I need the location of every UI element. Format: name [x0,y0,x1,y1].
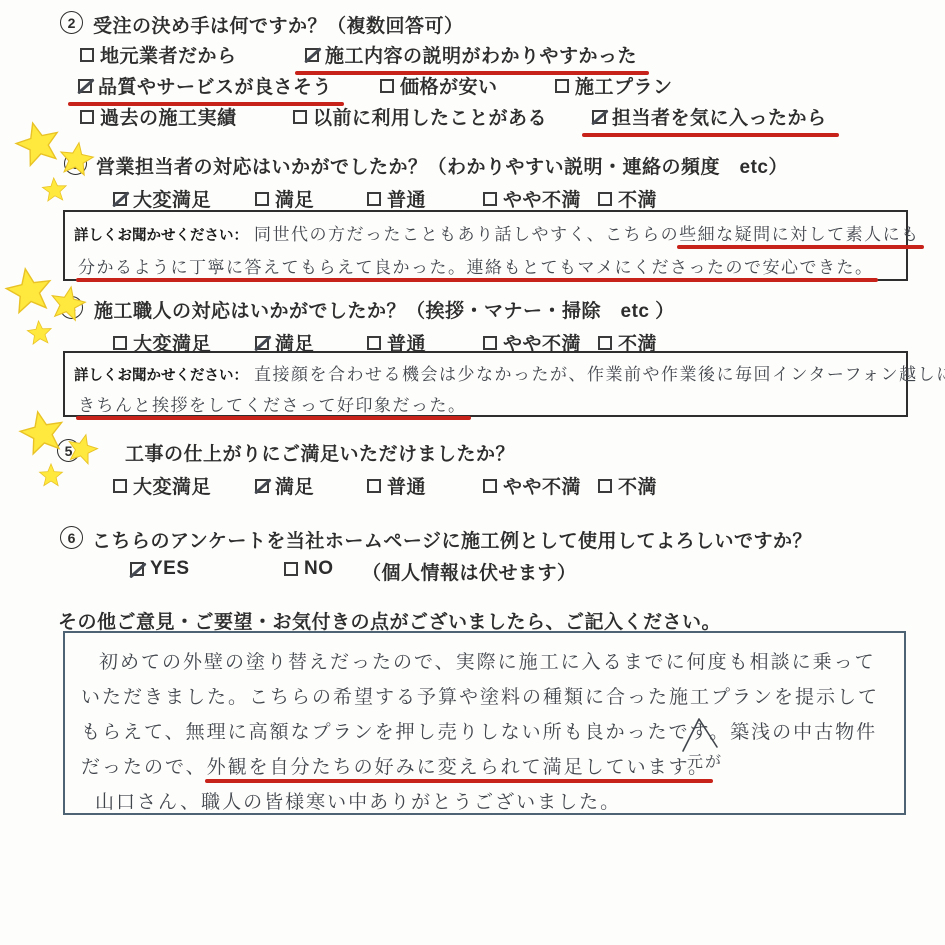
option-label: 大変満足 [133,329,211,356]
option-label: 普通 [387,472,426,499]
checkbox-icon[interactable] [367,336,381,350]
q4-option-very-satisfied[interactable]: 大変満足 [113,329,211,356]
other-comments-header: その他ご意見・ご要望・お気付きの点がございましたら、ご記入ください。 [58,607,721,634]
checkbox-option-construction-plan[interactable]: 施工プラン [555,72,673,99]
checkbox-icon[interactable] [483,192,497,206]
question-number-circle: 6 [60,526,83,549]
handwritten-comment: 同世代の方だったこともあり話しやすく、こちらの [254,225,679,244]
option-label: やや不満 [503,472,581,499]
question-number-circle: 2 [60,11,83,34]
option-label: 施工プラン [575,72,673,99]
option-label: 大変満足 [133,185,211,212]
q3-option-satisfied[interactable]: 満足 [255,185,314,212]
q6-option-no[interactable]: NO [284,558,334,580]
checkbox-option-cheap-price[interactable]: 価格が安い [380,72,498,99]
star-icon [46,281,91,326]
star-icon [25,318,54,347]
option-label: やや不満 [503,329,581,356]
handwritten-line-underlined: 外観を自分たちの好みに変えられて満足しています。 [207,757,709,778]
q6-option-yes[interactable]: YES [130,558,190,580]
handwritten-comment-underlined: 些細な疑問に対して素人にも [679,225,920,244]
checkbox-icon[interactable] [113,336,127,350]
q3-detail-comment-box[interactable]: 詳しくお聞かせください：同世代の方だったこともあり話しやすく、こちらの些細な疑問… [63,210,908,281]
star-icon [38,462,64,488]
checkbox-option-local-company[interactable]: 地元業者だから [80,41,237,68]
checkbox-icon[interactable] [113,479,127,493]
checkbox-icon[interactable] [598,479,612,493]
q4-option-dissatisfied[interactable]: 不満 [598,329,657,356]
checkbox-icon[interactable] [483,336,497,350]
question-title: こちらのアンケートを当社ホームページに施工例として使用してよろしいですか？ [92,526,812,553]
checkbox-icon[interactable] [80,110,94,124]
handwritten-line: 初めての外壁の塗り替えだったので、実際に施工に入るまでに何度も相談に乗って [81,645,888,680]
detail-prompt-label: 詳しくお聞かせください： [74,368,248,384]
checkbox-icon[interactable] [592,110,606,124]
q5-option-very-satisfied[interactable]: 大変満足 [113,472,211,499]
q3-option-somewhat-dissatisfied[interactable]: やや不満 [483,185,581,212]
handwritten-line: だったので、外観を自分たちの好みに変えられて満足しています。 [81,750,888,785]
question-title: 工事の仕上がりにご満足いただけましたか？ [125,439,515,466]
question-title: 営業担当者の対応はいかがでしたか？（わかりやすい説明・連絡の頻度 etc） [96,152,788,179]
q4-option-neutral[interactable]: 普通 [367,329,426,356]
checkbox-option-used-before[interactable]: 以前に利用したことがある [293,103,547,130]
option-label: やや不満 [503,185,581,212]
q5-option-neutral[interactable]: 普通 [367,472,426,499]
insertion-text: 元が [687,749,723,772]
checkbox-icon[interactable] [255,336,269,350]
checkbox-icon[interactable] [284,562,298,576]
handwritten-comment-underlined: 分かるように丁寧に答えてもらえて良かった。連絡もとてもマメにくださったので安心で… [78,258,874,277]
q5-option-somewhat-dissatisfied[interactable]: やや不満 [483,472,581,499]
insertion-caret-icon [677,717,721,753]
option-label: NO [304,558,334,580]
checkbox-option-clear-explanation[interactable]: 施工内容の説明がわかりやすかった [305,41,637,68]
option-label: 大変満足 [133,472,211,499]
checkbox-icon[interactable] [555,79,569,93]
handwritten-comment: 直接顔を合わせる機会は少なかったが、作業前や作業後に毎回インターフォン越しに [254,365,945,384]
q4-option-somewhat-dissatisfied[interactable]: やや不満 [483,329,581,356]
star-icon [62,428,102,468]
handwritten-line: いただきました。こちらの希望する予算や塗料の種類に合った施工プランを提示して [81,680,888,715]
privacy-note: （個人情報は伏せます） [362,558,577,585]
q3-option-very-satisfied[interactable]: 大変満足 [113,185,211,212]
option-label: 以前に利用したことがある [313,103,547,130]
checkbox-icon[interactable] [367,479,381,493]
checkbox-option-liked-representative[interactable]: 担当者を気に入ったから [592,103,827,130]
option-label: 満足 [275,472,314,499]
checkbox-icon[interactable] [78,79,92,93]
question-title: 受注の決め手は何ですか？（複数回答可） [93,11,464,38]
q5-option-satisfied[interactable]: 満足 [255,472,314,499]
option-label: 施工内容の説明がわかりやすかった [325,41,637,68]
checkbox-icon[interactable] [367,192,381,206]
option-label: 担当者を気に入ったから [612,103,827,130]
q3-option-neutral[interactable]: 普通 [367,185,426,212]
option-label: 過去の施工実績 [100,103,237,130]
handwritten-line: もらえて、無理に高額なプランを押し売りしない所も良かったです。築浅の中古物件 [81,715,888,750]
checkbox-icon[interactable] [305,48,319,62]
survey-scan-page: 2 受注の決め手は何ですか？（複数回答可） 地元業者だから 施工内容の説明がわか… [0,0,945,945]
option-label: YES [150,558,190,580]
question-title: 施工職人の対応はいかがでしたか？（挨拶・マナー・掃除 etc ） [94,296,675,323]
star-icon [40,175,69,204]
checkbox-icon[interactable] [380,79,394,93]
free-comment-box[interactable]: 初めての外壁の塗り替えだったので、実際に施工に入るまでに何度も相談に乗って いた… [63,631,906,815]
handwritten-comment-underlined: きちんと挨拶をしてくださって好印象だった。 [78,396,467,415]
option-label: 不満 [618,185,657,212]
option-label: 不満 [618,329,657,356]
checkbox-icon[interactable] [255,192,269,206]
option-label: 不満 [618,472,657,499]
handwritten-line: 山口さん、職人の皆様寒い中ありがとうございました。 [81,785,888,820]
option-label: 価格が安い [400,72,498,99]
checkbox-icon[interactable] [598,192,612,206]
checkbox-icon[interactable] [598,336,612,350]
checkbox-icon[interactable] [130,562,144,576]
q5-option-dissatisfied[interactable]: 不満 [598,472,657,499]
q3-option-dissatisfied[interactable]: 不満 [598,185,657,212]
checkbox-icon[interactable] [255,479,269,493]
option-label: 地元業者だから [100,41,237,68]
checkbox-icon[interactable] [80,48,94,62]
detail-prompt-label: 詳しくお聞かせください： [74,228,248,244]
option-label: 普通 [387,185,426,212]
option-label: 満足 [275,329,314,356]
option-label: 普通 [387,329,426,356]
checkbox-option-past-record[interactable]: 過去の施工実績 [80,103,237,130]
star-icon [14,404,71,461]
star-icon [55,137,97,179]
checkbox-option-quality-service[interactable]: 品質やサービスが良さそう [78,72,332,99]
checkbox-icon[interactable] [483,479,497,493]
q4-detail-comment-box[interactable]: 詳しくお聞かせください：直接顔を合わせる機会は少なかったが、作業前や作業後に毎回… [63,351,908,417]
checkbox-icon[interactable] [113,192,127,206]
option-label: 品質やサービスが良さそう [98,72,332,99]
q4-option-satisfied[interactable]: 満足 [255,329,314,356]
checkbox-icon[interactable] [293,110,307,124]
option-label: 満足 [275,185,314,212]
